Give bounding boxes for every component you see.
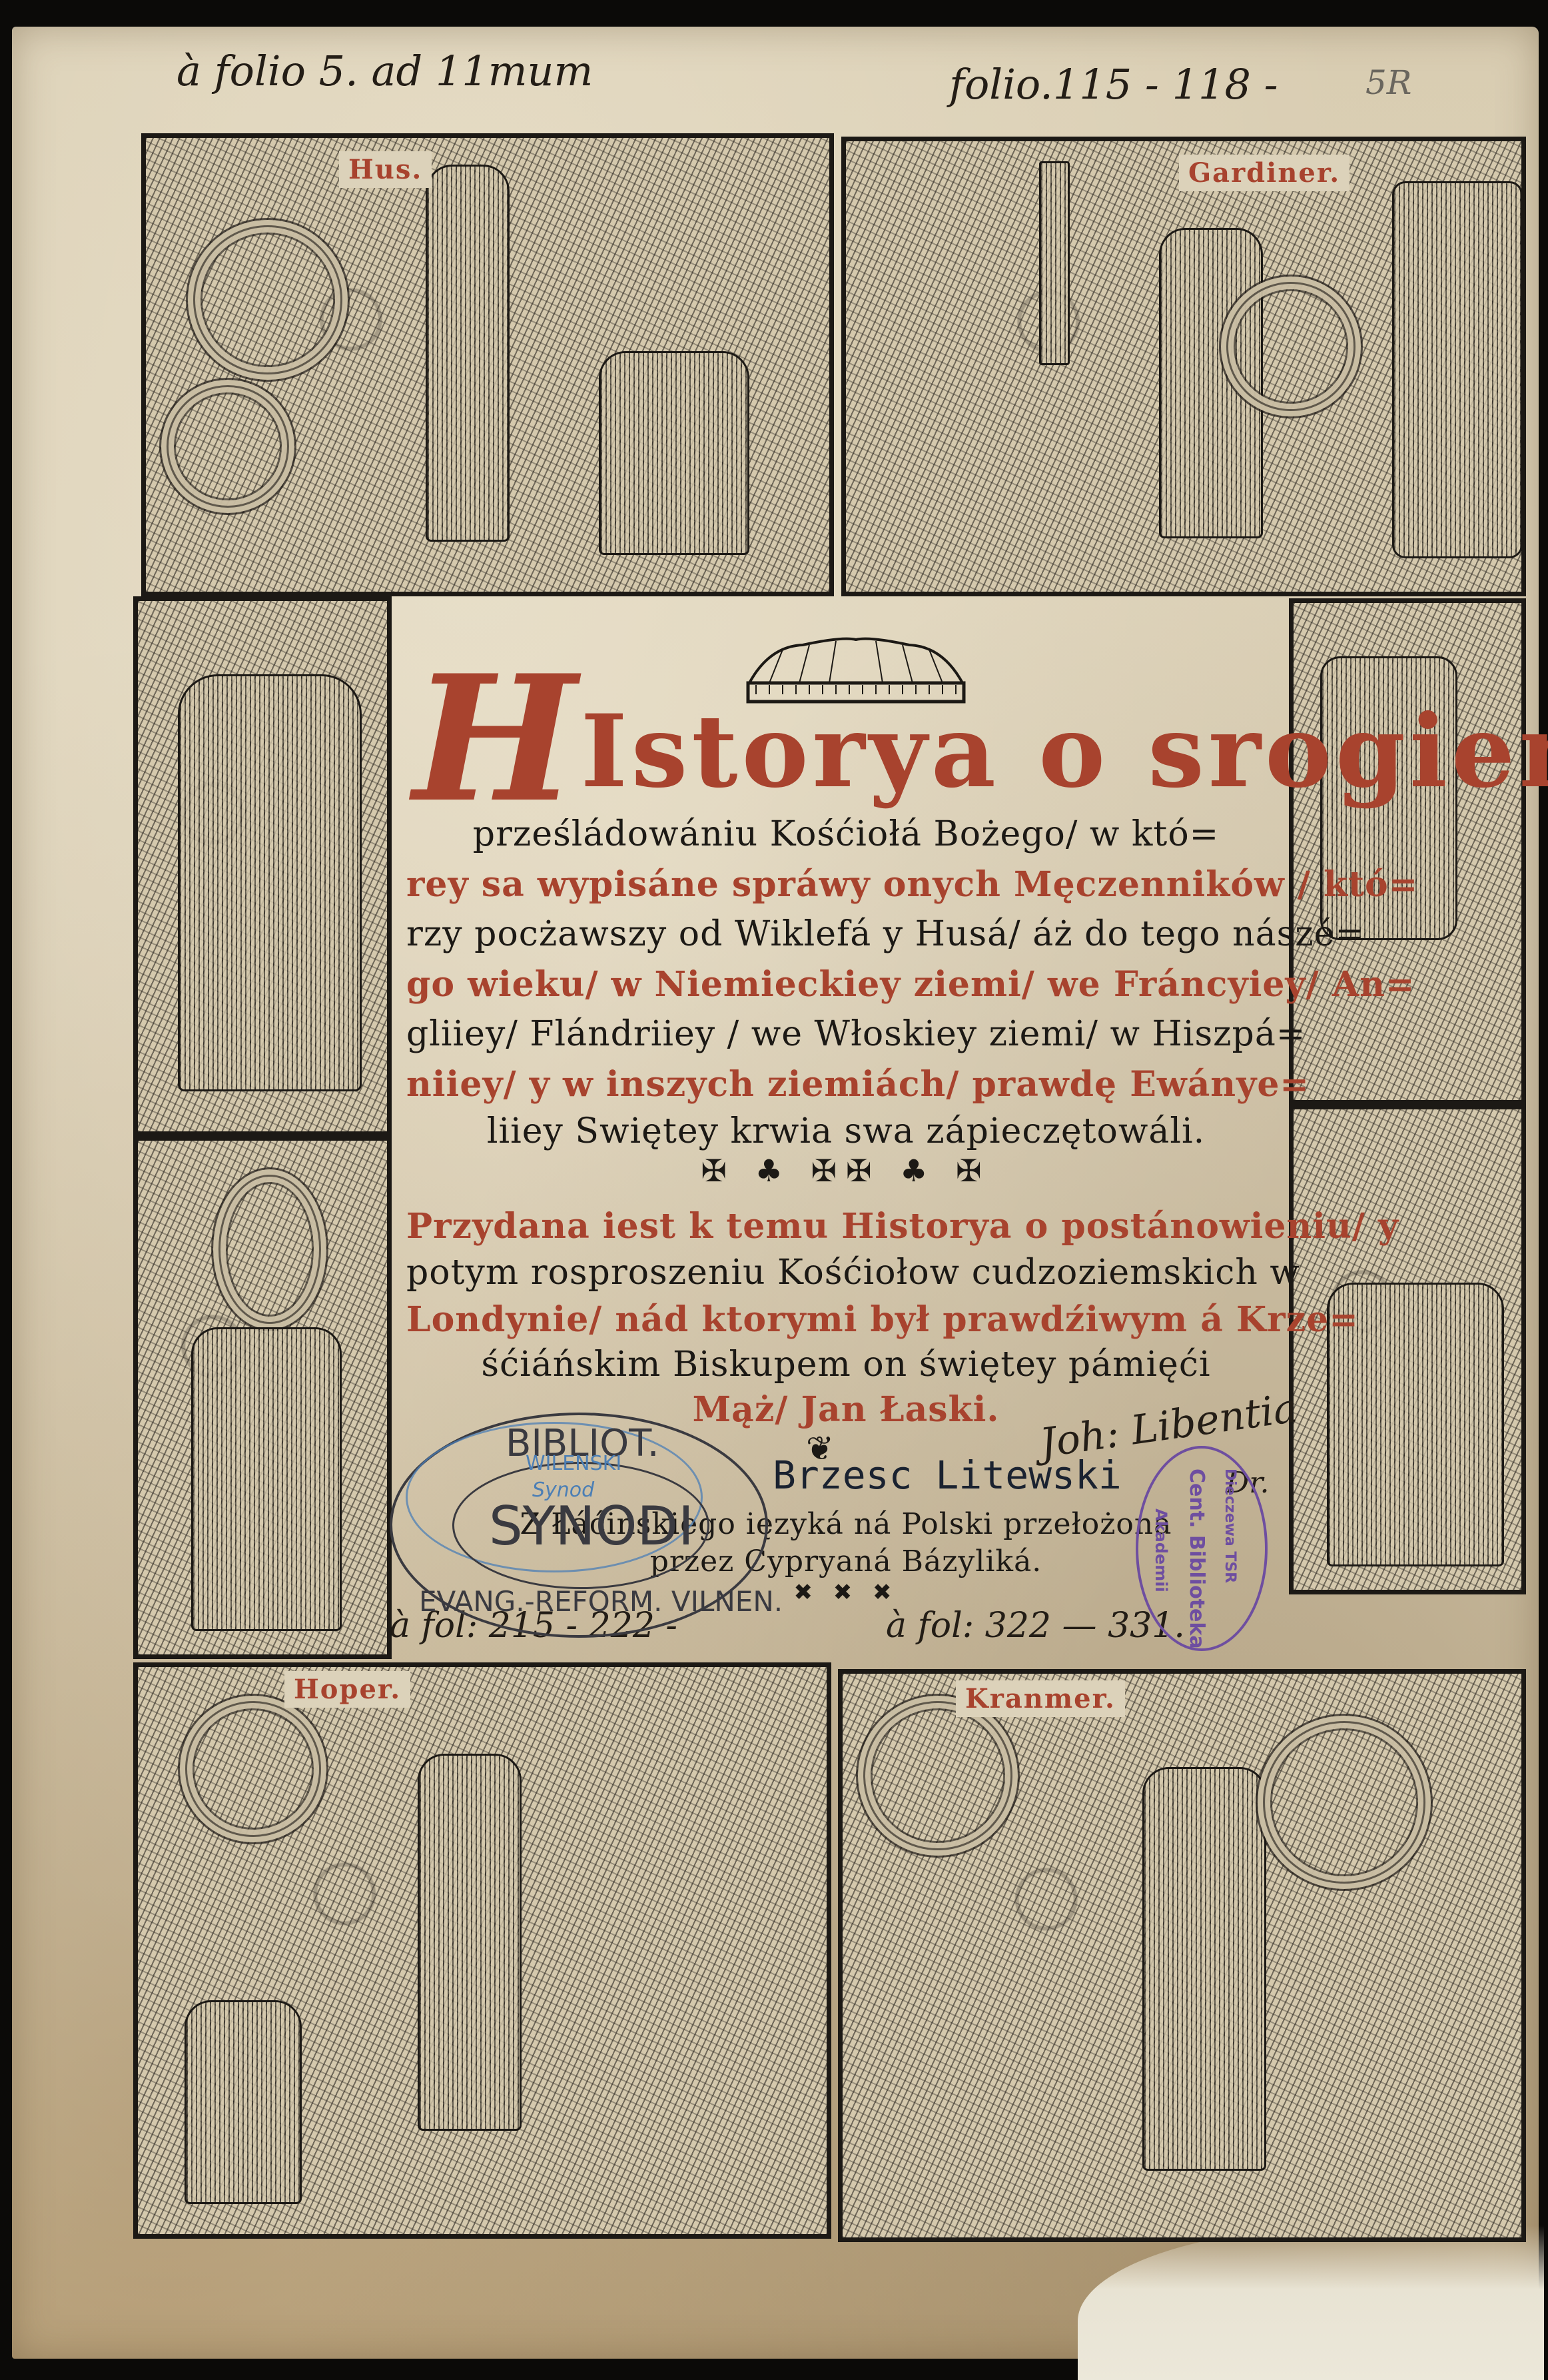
stamp-text-line1: Cent. Biblioteka bbox=[1185, 1469, 1208, 1649]
marginal-note-top-center: folio.115 - 118 - bbox=[949, 60, 1278, 109]
marginal-note-top-right: 5R bbox=[1365, 63, 1411, 102]
smoke-swirl-icon bbox=[178, 1694, 328, 1844]
stamp-text-bottom: EVANG.-REFORM. VILNEN. bbox=[419, 1585, 783, 1618]
ornament-row-icon: ✠ ♣ ✠✠ ♣ ✠ bbox=[406, 1153, 1286, 1189]
decorated-initial: H bbox=[413, 638, 581, 841]
gallows-figure bbox=[1039, 161, 1070, 365]
addendum-line-3: Londynie/ nád ktorymi był prawdźiwym á K… bbox=[406, 1299, 1286, 1340]
library-stamp-synod-vilnius: BIBLIOT. SYNODI EVANG.-REFORM. VILNEN. W… bbox=[390, 1413, 768, 1638]
stamp-text-line3: Dieczewa TSR bbox=[1222, 1469, 1238, 1583]
marginal-note-top-left: à folio 5. ad 11mum bbox=[177, 47, 593, 95]
addendum-line-4: śćiáńskim Biskupem on świętey pámięći bbox=[406, 1345, 1286, 1385]
title-line-4: go wieku/ w Niemieckiey ziemi/ we Fráncy… bbox=[406, 964, 1286, 1005]
woodcut-middle-right-bottom bbox=[1289, 1105, 1526, 1594]
woodcut-label: Gardiner. bbox=[1179, 155, 1350, 191]
smoke-swirl-icon bbox=[1219, 275, 1363, 418]
woodcut-top-left-hus: Hus. bbox=[141, 133, 834, 596]
main-title-text: Istorya o srogiem bbox=[581, 693, 1548, 810]
title-line-3: rzy pocżawszy od Wiklefá y Husá/ áż do t… bbox=[406, 914, 1286, 954]
title-line-1: prześládowániu Kośćiołá Bożego/ w któ= bbox=[406, 814, 1286, 854]
executioner-figure bbox=[191, 1327, 342, 1631]
executioner-figure bbox=[185, 2000, 302, 2204]
title-line-2: rey sa wypisáne spráwy onych Męczenników… bbox=[406, 864, 1286, 905]
addendum-line-1: Przydana iest k temu Historya o postánow… bbox=[406, 1206, 1286, 1247]
martyr-at-stake-figure bbox=[426, 165, 510, 542]
title-line-5: gliiey/ Flándriiey / we Włoskiey ziemi/ … bbox=[406, 1014, 1286, 1054]
stamp-text-center: SYNODI bbox=[489, 1495, 694, 1557]
woodcut-middle-left-top bbox=[133, 596, 392, 1136]
torn-paper-edge bbox=[1078, 2225, 1544, 2380]
woodcut-bottom-left-hoper: Hoper. bbox=[133, 1662, 831, 2239]
woodcut-middle-left-bottom bbox=[133, 1136, 392, 1659]
library-stamp-central-library: Cent. Biblioteka Akademii Dieczewa TSR bbox=[1136, 1446, 1268, 1651]
martyr-in-flames-figure bbox=[1142, 1767, 1266, 2171]
crowd-figure bbox=[1392, 181, 1523, 558]
stamp-blue-text-center: Synod bbox=[532, 1479, 594, 1502]
smoke-swirl-icon bbox=[186, 218, 350, 382]
executioner-figure bbox=[599, 351, 749, 555]
smoke-swirl-icon bbox=[856, 1694, 1020, 1858]
woodcut-label: Kranmer. bbox=[956, 1680, 1125, 1717]
smoke-swirl-icon bbox=[1256, 1714, 1433, 1891]
woodcut-top-right-gardiner: Gardiner. bbox=[841, 137, 1526, 596]
title-line-7: liiey Swiętey krwia swa zápieczętowáli. bbox=[406, 1111, 1286, 1151]
stamp-blue-text-top: WILENSKI bbox=[526, 1452, 621, 1475]
title-line-6: niiey/ y w inszych ziemiách/ prawdę Ewán… bbox=[406, 1064, 1286, 1105]
woodcut-label: Hoper. bbox=[284, 1671, 410, 1708]
stamp-text-line2: Akademii bbox=[1152, 1508, 1170, 1592]
main-title: HIstorya o srogiem bbox=[413, 673, 1292, 813]
martyr-on-platform-figure bbox=[418, 1754, 522, 2131]
woodcut-bottom-right-kranmer: Kranmer. bbox=[838, 1669, 1526, 2242]
smoke-swirl-icon bbox=[159, 378, 296, 515]
woodcut-middle-right-top bbox=[1289, 598, 1526, 1105]
breaking-wheel-icon bbox=[211, 1167, 328, 1331]
soldiers-figure bbox=[178, 674, 362, 1091]
woodcut-label: Hus. bbox=[339, 151, 432, 188]
addendum-line-2: potym rosproszeniu Kośćiołow cudzoziemsk… bbox=[406, 1253, 1286, 1293]
